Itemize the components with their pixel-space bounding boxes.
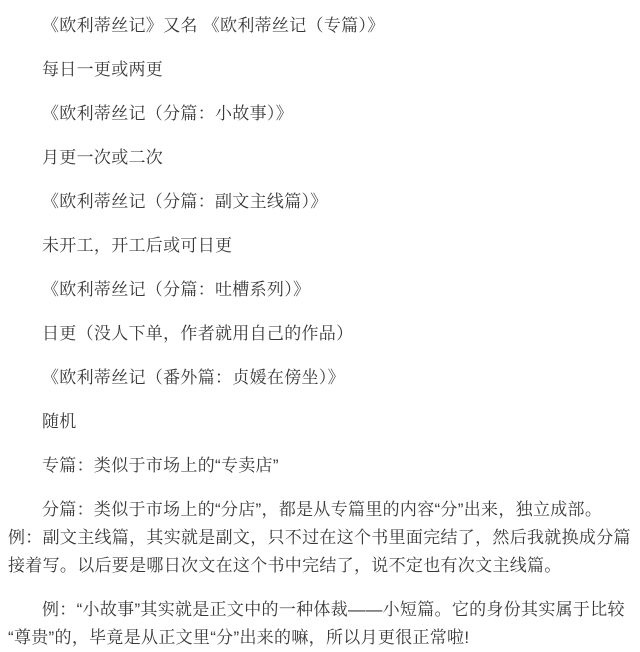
book-title-small-stories-line: 《欧利蒂丝记（分篇：小故事）》	[8, 100, 632, 128]
book-title-tucao-series-line: 《欧利蒂丝记（分篇：吐槽系列）》	[8, 276, 632, 304]
zhuanpian-definition-line: 专篇：类似于市场上的“专卖店”	[8, 452, 632, 480]
update-status-not-started-line: 未开工，开工后或可日更	[8, 232, 632, 260]
update-frequency-commission-line: 日更（没人下单，作者就用自己的作品）	[8, 320, 632, 348]
book-title-extra-chapter-line: 《欧利蒂丝记（番外篇：贞媛在傍坐）》	[8, 364, 632, 392]
article-body: 《欧利蒂丝记》又名 《欧利蒂丝记（专篇）》 每日一更或两更 《欧利蒂丝记（分篇：…	[0, 0, 640, 652]
update-frequency-monthly-line: 月更一次或二次	[8, 144, 632, 172]
book-title-alias-line: 《欧利蒂丝记》又名 《欧利蒂丝记（专篇）》	[8, 12, 632, 40]
fenpian-definition-paragraph: 分篇：类似于市场上的“分店”，都是从专篇里的内容“分”出来，独立成部。例：副文主…	[8, 496, 632, 580]
update-frequency-random-line: 随机	[8, 408, 632, 436]
small-story-example-paragraph: 例：“小故事”其实就是正文中的一种体裁——小短篇。它的身份其实属于比较“尊贵”的…	[8, 596, 632, 652]
update-frequency-daily-line: 每日一更或两更	[8, 56, 632, 84]
book-title-side-mainline-line: 《欧利蒂丝记（分篇：副文主线篇）》	[8, 188, 632, 216]
